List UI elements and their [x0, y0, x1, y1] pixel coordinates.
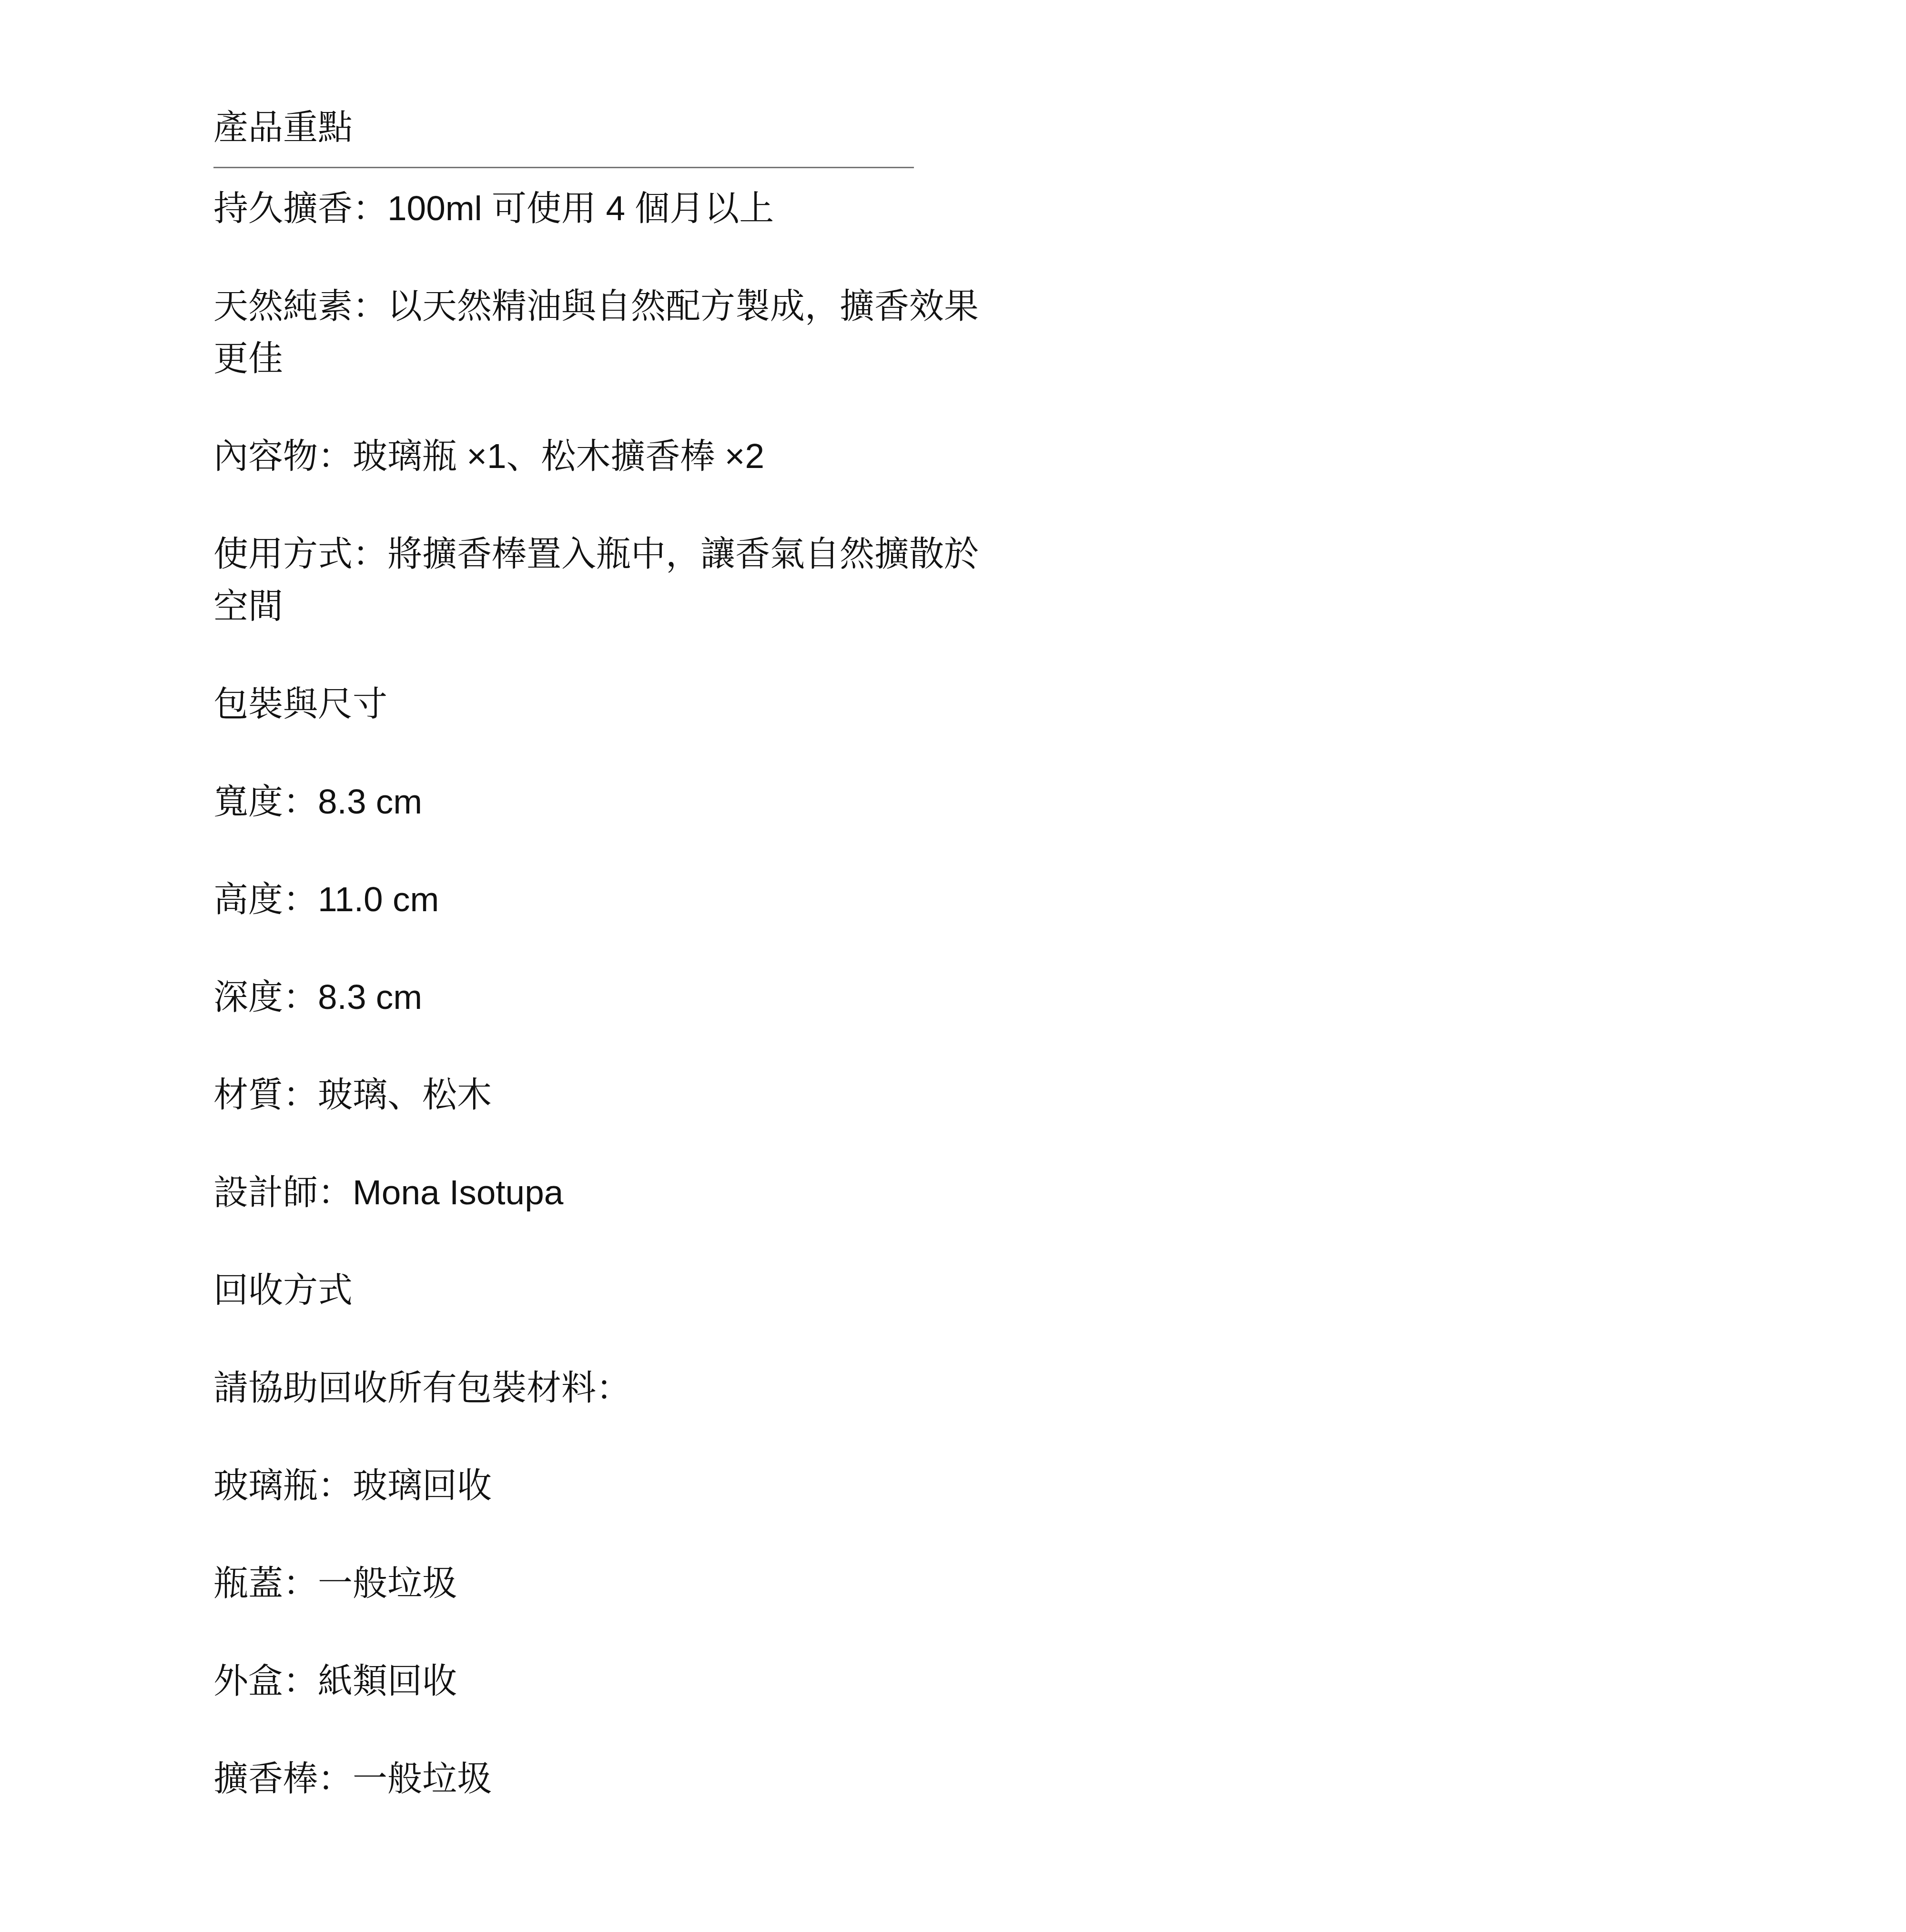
highlight-longlasting-line: 持久擴香：100ml 可使用 4 個月以上: [213, 183, 1906, 235]
section-title-product-highlights: 產品重點: [213, 102, 1906, 154]
dimension-width-row: 寬度：8.3 cm: [213, 776, 1906, 828]
dimension-width-value: 寬度：8.3 cm: [213, 776, 1906, 828]
dimension-depth-row: 深度：8.3 cm: [213, 971, 1906, 1024]
highlight-usage-line-2: 空間: [213, 580, 1906, 633]
designer-row: 設計師：Mona Isotupa: [213, 1167, 1906, 1219]
packaging-dimensions-heading: 包裝與尺寸: [213, 678, 1906, 731]
recycling-outer-box-row: 外盒：紙類回收: [213, 1655, 1906, 1708]
dimension-depth-value: 深度：8.3 cm: [213, 971, 1906, 1024]
recycling-intro-row: 請協助回收所有包裝材料：: [213, 1362, 1906, 1414]
packaging-dimensions-section: 包裝與尺寸: [213, 678, 1906, 731]
recycling-section: 回收方式: [213, 1264, 1906, 1317]
highlight-paragraph-usage: 使用方式：將擴香棒置入瓶中，讓香氣自然擴散於 空間: [213, 528, 1906, 633]
recycling-glass-bottle-value: 玻璃瓶：玻璃回收: [213, 1460, 1906, 1512]
highlight-paragraph-longlasting: 持久擴香：100ml 可使用 4 個月以上: [213, 183, 1906, 235]
designer-value: 設計師：Mona Isotupa: [213, 1167, 1906, 1219]
highlight-natural-line-2: 更佳: [213, 333, 1906, 385]
highlight-usage-line-1: 使用方式：將擴香棒置入瓶中，讓香氣自然擴散於: [213, 528, 1906, 580]
section-title-divider: [213, 167, 914, 168]
recycling-cap-value: 瓶蓋：一般垃圾: [213, 1557, 1906, 1610]
recycling-diffuser-stick-row: 擴香棒：一般垃圾: [213, 1753, 1906, 1805]
material-row: 材質：玻璃、松木: [213, 1069, 1906, 1121]
recycling-heading: 回收方式: [213, 1264, 1906, 1317]
highlight-contents-line: 內容物：玻璃瓶 ×1、松木擴香棒 ×2: [213, 430, 1906, 483]
product-details-page: 產品重點 持久擴香：100ml 可使用 4 個月以上 天然純素：以天然精油與自然…: [0, 0, 1906, 1932]
recycling-intro-text: 請協助回收所有包裝材料：: [213, 1362, 1906, 1414]
highlight-paragraph-natural: 天然純素：以天然精油與自然配方製成，擴香效果 更佳: [213, 280, 1906, 385]
dimension-height-value: 高度：11.0 cm: [213, 874, 1906, 926]
material-value: 材質：玻璃、松木: [213, 1069, 1906, 1121]
highlight-natural-line-1: 天然純素：以天然精油與自然配方製成，擴香效果: [213, 280, 1906, 333]
recycling-cap-row: 瓶蓋：一般垃圾: [213, 1557, 1906, 1610]
recycling-outer-box-value: 外盒：紙類回收: [213, 1655, 1906, 1708]
highlight-paragraph-contents: 內容物：玻璃瓶 ×1、松木擴香棒 ×2: [213, 430, 1906, 483]
dimension-height-row: 高度：11.0 cm: [213, 874, 1906, 926]
recycling-diffuser-stick-value: 擴香棒：一般垃圾: [213, 1753, 1906, 1805]
recycling-glass-bottle-row: 玻璃瓶：玻璃回收: [213, 1460, 1906, 1512]
